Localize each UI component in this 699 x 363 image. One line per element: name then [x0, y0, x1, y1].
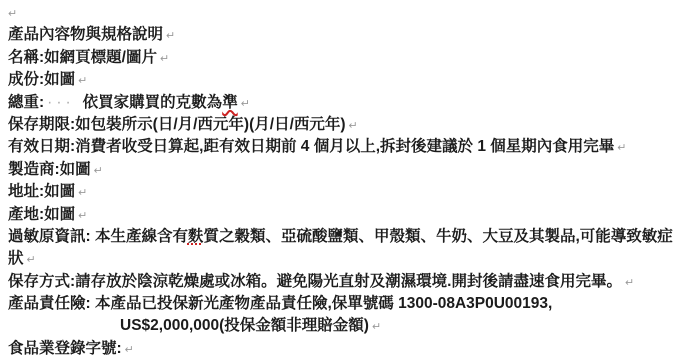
space-dots-icon: ··· [47, 94, 75, 111]
paragraph-mark-icon: ↵ [94, 165, 103, 177]
weight-label: 總重: [8, 94, 44, 111]
paragraph-mark-icon: ↵ [78, 187, 87, 199]
weight-misspelled-word: 準 [222, 94, 238, 111]
line-allergen-1: 過敏原資訊: 本生產線含有麩質之穀類、亞硫酸鹽類、甲殼類、牛奶、大豆及其製品,可… [8, 226, 699, 248]
paragraph-mark-icon: ↵ [125, 344, 134, 356]
paragraph-mark-icon: ↵ [372, 321, 381, 333]
line-title: 產品內容物與規格說明↵ [8, 24, 699, 46]
empty-line: ↵ [8, 2, 699, 24]
line-insurance-2: US$2,000,000(投保金額非理賠金額)↵ [8, 315, 699, 337]
product-name-text: 名稱:如網頁標題/圖片 [8, 49, 157, 66]
paragraph-mark-icon: ↵ [78, 75, 87, 87]
paragraph-mark-icon: ↵ [8, 8, 17, 20]
line-registration: 食品業登錄字號:↵ [8, 338, 699, 360]
line-storage: 保存方式:請存放於陰涼乾燥處或冰箱。避免陽光直射及潮濕環境.開封後請盡速食用完畢… [8, 271, 699, 293]
line-allergen-2: 狀↵ [8, 248, 699, 270]
allergen-misspelled-word: 麩 [188, 228, 204, 245]
ingredients-text: 成份:如圖 [8, 71, 75, 88]
line-ingredients: 成份:如圖↵ [8, 69, 699, 91]
origin-text: 產地:如圖 [8, 206, 75, 223]
shelf-life-text: 保存期限:如包裝所示(日/月/西元年)(月/日/西元年) [8, 116, 346, 133]
line-product-name: 名稱:如網頁標題/圖片↵ [8, 47, 699, 69]
line-weight: 總重:···依買家購買的克數為準↵ [8, 92, 699, 114]
manufacturer-text: 製造商:如圖 [8, 161, 91, 178]
paragraph-mark-icon: ↵ [241, 98, 250, 110]
line-origin: 產地:如圖↵ [8, 204, 699, 226]
allergen-wrap-text: 狀 [8, 250, 24, 267]
paragraph-mark-icon: ↵ [625, 277, 634, 289]
expiry-text: 有效日期:消費者收受日算起,距有效日期前 4 個月以上,拆封後建議於 1 個星期… [8, 138, 614, 155]
paragraph-mark-icon: ↵ [349, 120, 358, 132]
line-insurance-1: 產品責任險: 本產品已投保新光產物產品責任險,保單號碼 1300-08A3P0U… [8, 293, 699, 315]
insurance-text-line2: US$2,000,000(投保金額非理賠金額) [120, 317, 369, 334]
section-title: 產品內容物與規格說明 [8, 26, 163, 43]
paragraph-mark-icon: ↵ [78, 210, 87, 222]
paragraph-mark-icon: ↵ [160, 53, 169, 65]
storage-text: 保存方式:請存放於陰涼乾燥處或冰箱。避免陽光直射及潮濕環境.開封後請盡速食用完畢… [8, 273, 622, 290]
address-text: 地址:如圖 [8, 183, 75, 200]
insurance-text-line1: 產品責任險: 本產品已投保新光產物產品責任險,保單號碼 1300-08A3P0U… [8, 295, 552, 312]
weight-text: 依買家購買的克數為 [83, 94, 223, 111]
registration-text: 食品業登錄字號: [8, 340, 122, 357]
line-manufacturer: 製造商:如圖↵ [8, 159, 699, 181]
allergen-text-part2: 質之穀類、亞硫酸鹽類、甲殼類、牛奶、大豆及其製品,可能導致敏症 [204, 228, 673, 245]
paragraph-mark-icon: ↵ [617, 142, 626, 154]
paragraph-mark-icon: ↵ [27, 254, 36, 266]
line-shelf-life: 保存期限:如包裝所示(日/月/西元年)(月/日/西元年)↵ [8, 114, 699, 136]
allergen-text-part1: 過敏原資訊: 本生產線含有 [8, 228, 188, 245]
line-address: 地址:如圖↵ [8, 181, 699, 203]
line-expiry: 有效日期:消費者收受日算起,距有效日期前 4 個月以上,拆封後建議於 1 個星期… [8, 136, 699, 158]
document-page: ↵ 產品內容物與規格說明↵ 名稱:如網頁標題/圖片↵ 成份:如圖↵ 總重:···… [0, 0, 699, 363]
paragraph-mark-icon: ↵ [166, 30, 175, 42]
